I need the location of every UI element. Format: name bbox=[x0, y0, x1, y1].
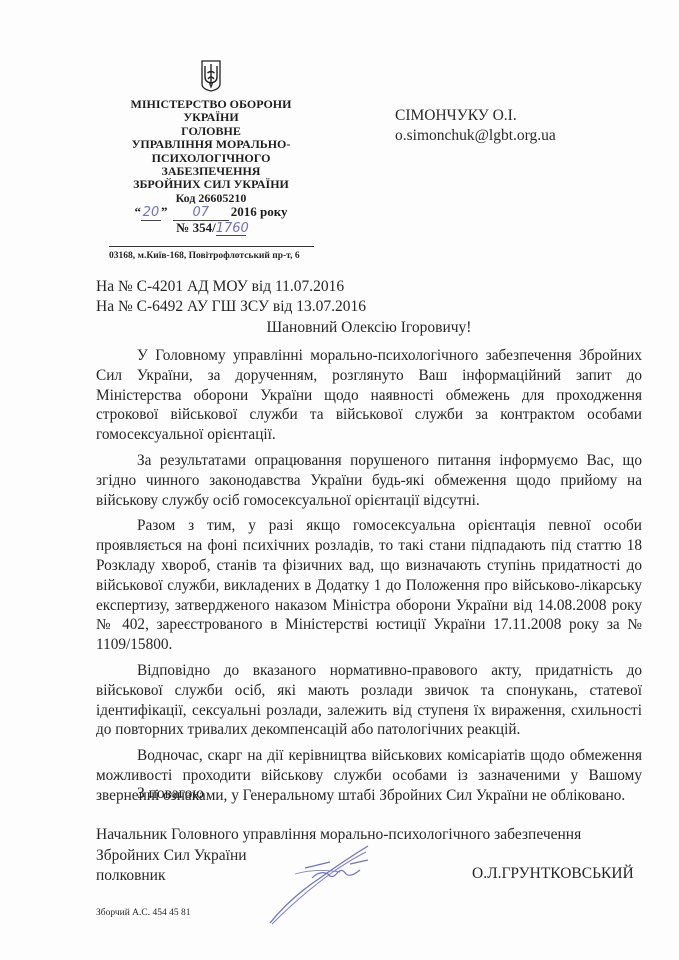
handwritten-signature-icon bbox=[250, 838, 390, 928]
executor-contact: Зборчий А.С. 454 45 81 bbox=[96, 908, 191, 918]
letterhead-line: УПРАВЛІННЯ МОРАЛЬНО- bbox=[104, 138, 318, 151]
closing: З повагою bbox=[137, 785, 204, 803]
number-handwritten: 1760 bbox=[216, 222, 246, 236]
trident-icon bbox=[201, 60, 221, 92]
date-month: 07 bbox=[173, 206, 229, 220]
letterhead-line: МІНІСТЕРСТВО ОБОРОНИ bbox=[104, 98, 318, 111]
references: На № С-4201 АД МОУ від 11.07.2016 На № С… bbox=[96, 277, 366, 317]
date-day: 20 bbox=[141, 206, 161, 220]
paragraph: Разом з тим, у разі якщо гомосексуальна … bbox=[96, 516, 642, 655]
letterhead-line: УКРАЇНИ bbox=[104, 111, 318, 124]
signer-name: О.Л.ГРУНТКОВСЬКИЙ bbox=[472, 865, 634, 883]
paragraph: У Головному управлінні морально-психолог… bbox=[96, 346, 642, 445]
date-close-quote: ” bbox=[161, 204, 168, 219]
paragraph: За результатами опрацювання порушеного п… bbox=[96, 451, 642, 510]
reference-line: На № С-4201 АД МОУ від 11.07.2016 bbox=[96, 277, 366, 297]
number-prefix: № 354/ bbox=[176, 220, 215, 235]
letterhead-line: ЗБРОЙНИХ СИЛ УКРАЇНИ bbox=[104, 178, 318, 191]
letter-body: У Головному управлінні морально-психолог… bbox=[96, 346, 642, 812]
recipient-block: СІМОНЧУКУ О.І. o.simonchuk@lgbt.org.ua bbox=[395, 106, 556, 146]
document-number: № 354/1760 bbox=[104, 221, 318, 236]
salutation: Шановний Олексію Ігоровичу! bbox=[96, 318, 642, 338]
date-year: 2016 року bbox=[231, 204, 288, 219]
letterhead: МІНІСТЕРСТВО ОБОРОНИ УКРАЇНИ ГОЛОВНЕ УПР… bbox=[104, 60, 318, 236]
address-divider bbox=[109, 246, 314, 247]
recipient-email: o.simonchuk@lgbt.org.ua bbox=[395, 126, 556, 146]
org-address: 03168, м.Київ-168, Повітрофлотський пр-т… bbox=[109, 251, 319, 261]
letterhead-line: ПСИХОЛОГІЧНОГО bbox=[104, 152, 318, 165]
letterhead-line: ЗАБЕЗПЕЧЕННЯ bbox=[104, 165, 318, 178]
letterhead-line: ГОЛОВНЕ bbox=[104, 125, 318, 138]
reference-line: На № С-6492 АУ ГШ ЗСУ від 13.07.2016 bbox=[96, 297, 366, 317]
recipient-name: СІМОНЧУКУ О.І. bbox=[395, 106, 556, 126]
org-code: Код 26605210 bbox=[104, 192, 318, 205]
paragraph: Відповідно до вказаного нормативно-право… bbox=[96, 661, 642, 740]
document-date: “20” 072016 року bbox=[104, 205, 318, 220]
